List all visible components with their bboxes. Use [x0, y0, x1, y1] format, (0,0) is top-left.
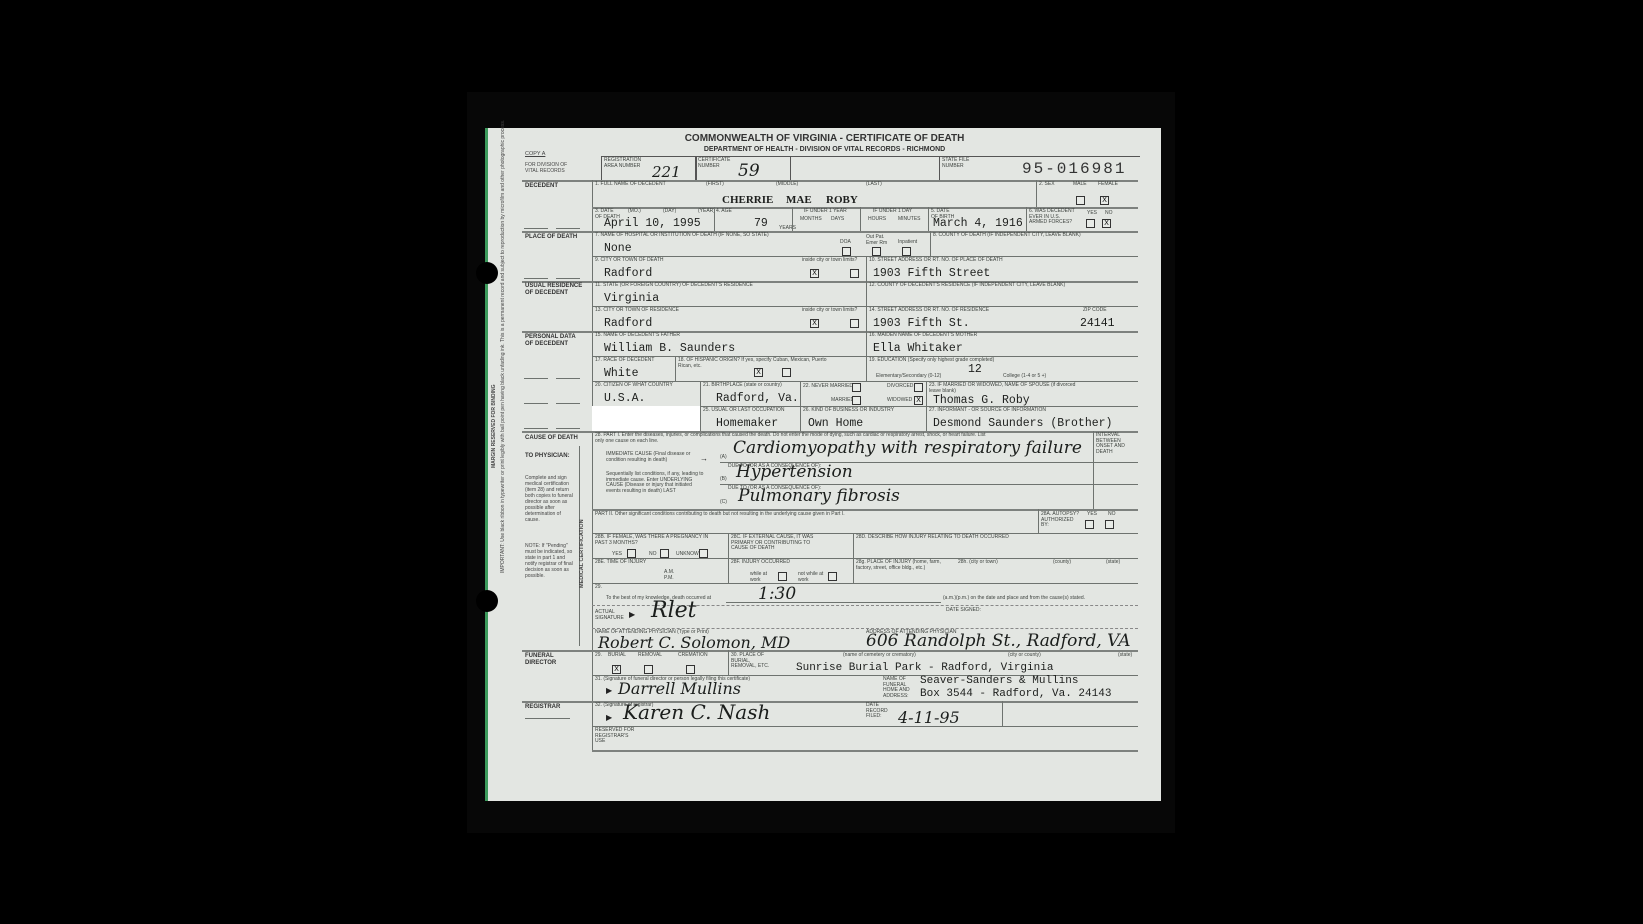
date-of-death: April 10, 1995	[604, 217, 701, 230]
informant: Desmond Saunders (Brother)	[933, 417, 1112, 430]
section-decedent: DECEDENT	[525, 183, 558, 190]
doa-checkbox[interactable]	[842, 247, 851, 256]
widowed-checkbox[interactable]: X	[914, 396, 923, 405]
state-of-residence: Virginia	[604, 292, 659, 305]
funeral-home-name: Seaver-Sanders & Mullins	[920, 675, 1078, 687]
business: Own Home	[808, 417, 863, 430]
division-label: FOR DIVISION OF VITAL RECORDS	[525, 162, 575, 174]
citizenship: U.S.A.	[604, 392, 645, 405]
pregnancy-unknown-checkbox[interactable]	[699, 549, 708, 558]
burial-checkbox[interactable]: X	[612, 665, 621, 674]
race: White	[604, 367, 639, 380]
play-arrow-icon: ▶	[606, 686, 612, 695]
armed-forces-no-checkbox[interactable]: X	[1102, 219, 1111, 228]
physician-address: 606 Randolph St., Radford, VA	[866, 631, 1131, 651]
inside-city-death-yes-checkbox[interactable]: X	[810, 269, 819, 278]
age: 79	[754, 217, 768, 230]
pending-note: NOTE: If "Pending" must be indicated, so…	[525, 543, 575, 579]
registrar-signature: Karen C. Nash	[623, 700, 770, 724]
hispanic-no-checkbox[interactable]: X	[754, 368, 763, 377]
certificate-title: COMMONWEALTH OF VIRGINIA - CERTIFICATE O…	[488, 133, 1161, 144]
while-at-work-checkbox[interactable]	[778, 572, 787, 581]
autopsy-no-checkbox[interactable]	[1105, 520, 1114, 529]
autopsy-yes-checkbox[interactable]	[1085, 520, 1094, 529]
inside-city-res-no-checkbox[interactable]	[850, 319, 859, 328]
hispanic-yes-checkbox[interactable]	[782, 368, 791, 377]
state-file-number: 95-016981	[1022, 160, 1126, 178]
margin-binding-label: MARGIN RESERVED FOR BINDING	[491, 384, 497, 468]
pregnancy-yes-checkbox[interactable]	[627, 549, 636, 558]
mother-maiden-name: Ella Whitaker	[873, 342, 963, 355]
place-of-burial: Sunrise Burial Park - Radford, Virginia	[796, 662, 1053, 674]
cause-a: Cardiomyopathy with respiratory failure	[733, 438, 1082, 458]
pregnancy-no-checkbox[interactable]	[660, 549, 669, 558]
inpatient-checkbox[interactable]	[902, 247, 911, 256]
binder-hole	[476, 262, 498, 284]
married-checkbox[interactable]	[852, 396, 861, 405]
city-of-residence: Radford	[604, 317, 652, 330]
arrow-icon: →	[700, 454, 708, 463]
armed-forces-yes-checkbox[interactable]	[1086, 219, 1095, 228]
education: 12	[968, 363, 982, 376]
street-of-death: 1903 Fifth Street	[873, 267, 990, 280]
street-of-residence: 1903 Fifth St.	[873, 317, 970, 330]
certificate-subtitle: DEPARTMENT OF HEALTH - DIVISION OF VITAL…	[488, 146, 1161, 153]
date-of-birth: March 4, 1916	[933, 217, 1023, 230]
never-married-checkbox[interactable]	[852, 383, 861, 392]
time-of-death: 1:30	[758, 584, 796, 604]
zip-code: 24141	[1080, 317, 1115, 330]
play-arrow-icon: ▶	[606, 713, 612, 722]
cremation-checkbox[interactable]	[686, 665, 695, 674]
birthplace: Radford, Va.	[716, 392, 799, 405]
important-note: IMPORTANT: Use black ribbon in typewrite…	[500, 323, 506, 573]
father-name: William B. Saunders	[604, 342, 735, 355]
physician-instructions: Complete and sign medical certification …	[525, 475, 575, 523]
not-while-at-work-checkbox[interactable]	[828, 572, 837, 581]
inside-city-res-yes-checkbox[interactable]: X	[810, 319, 819, 328]
section-usual-residence: USUAL RESIDENCE OF DECEDENT	[525, 283, 585, 297]
registration-number: 221	[652, 163, 681, 181]
copy-label: COPY A	[525, 151, 545, 157]
decedent-first-name: CHERRIE	[722, 194, 773, 206]
funeral-director-signature: Darrell Mullins	[618, 679, 741, 698]
state-file-box: STATE FILE NUMBER 95-016981	[939, 156, 1140, 181]
certificate-number-box: CERTIFICATE NUMBER 59	[695, 156, 791, 182]
section-place-of-death: PLACE OF DEATH	[525, 234, 585, 241]
decedent-middle-name: MAE	[786, 194, 812, 206]
redacted-field	[592, 406, 700, 431]
section-cause-of-death: CAUSE OF DEATH	[525, 435, 578, 442]
cause-c: Pulmonary fibrosis	[738, 486, 900, 506]
sex-male-checkbox[interactable]	[1076, 196, 1085, 205]
decedent-last-name: ROBY	[826, 194, 858, 206]
date-record-filed: 4-11-95	[898, 708, 960, 727]
cause-b: Hypertension	[736, 462, 853, 482]
medical-certification-label: MEDICAL CERTIFICATION	[579, 519, 585, 588]
section-registrar: REGISTRAR	[525, 704, 560, 711]
city-of-death: Radford	[604, 267, 652, 280]
play-arrow-icon: ▶	[629, 610, 635, 619]
section-funeral-director: FUNERAL DIRECTOR	[525, 653, 580, 667]
occupation: Homemaker	[716, 417, 778, 430]
section-personal-data: PERSONAL DATA OF DECEDENT	[525, 334, 585, 348]
inside-city-death-no-checkbox[interactable]	[850, 269, 859, 278]
removal-checkbox[interactable]	[644, 665, 653, 674]
sex-female-checkbox[interactable]: X	[1100, 196, 1109, 205]
to-physician-label: TO PHYSICIAN:	[525, 453, 575, 460]
registration-box: REGISTRATION AREA NUMBER 221	[601, 156, 697, 182]
funeral-home-address: Box 3544 - Radford, Va. 24143	[920, 688, 1111, 700]
certificate-number: 59	[738, 161, 760, 181]
hospital-name: None	[604, 242, 632, 255]
death-certificate: COMMONWEALTH OF VIRGINIA - CERTIFICATE O…	[485, 128, 1161, 801]
divorced-checkbox[interactable]	[914, 383, 923, 392]
binder-hole	[476, 590, 498, 612]
outpatient-checkbox[interactable]	[872, 247, 881, 256]
physician-signature: Rlet	[651, 598, 696, 623]
